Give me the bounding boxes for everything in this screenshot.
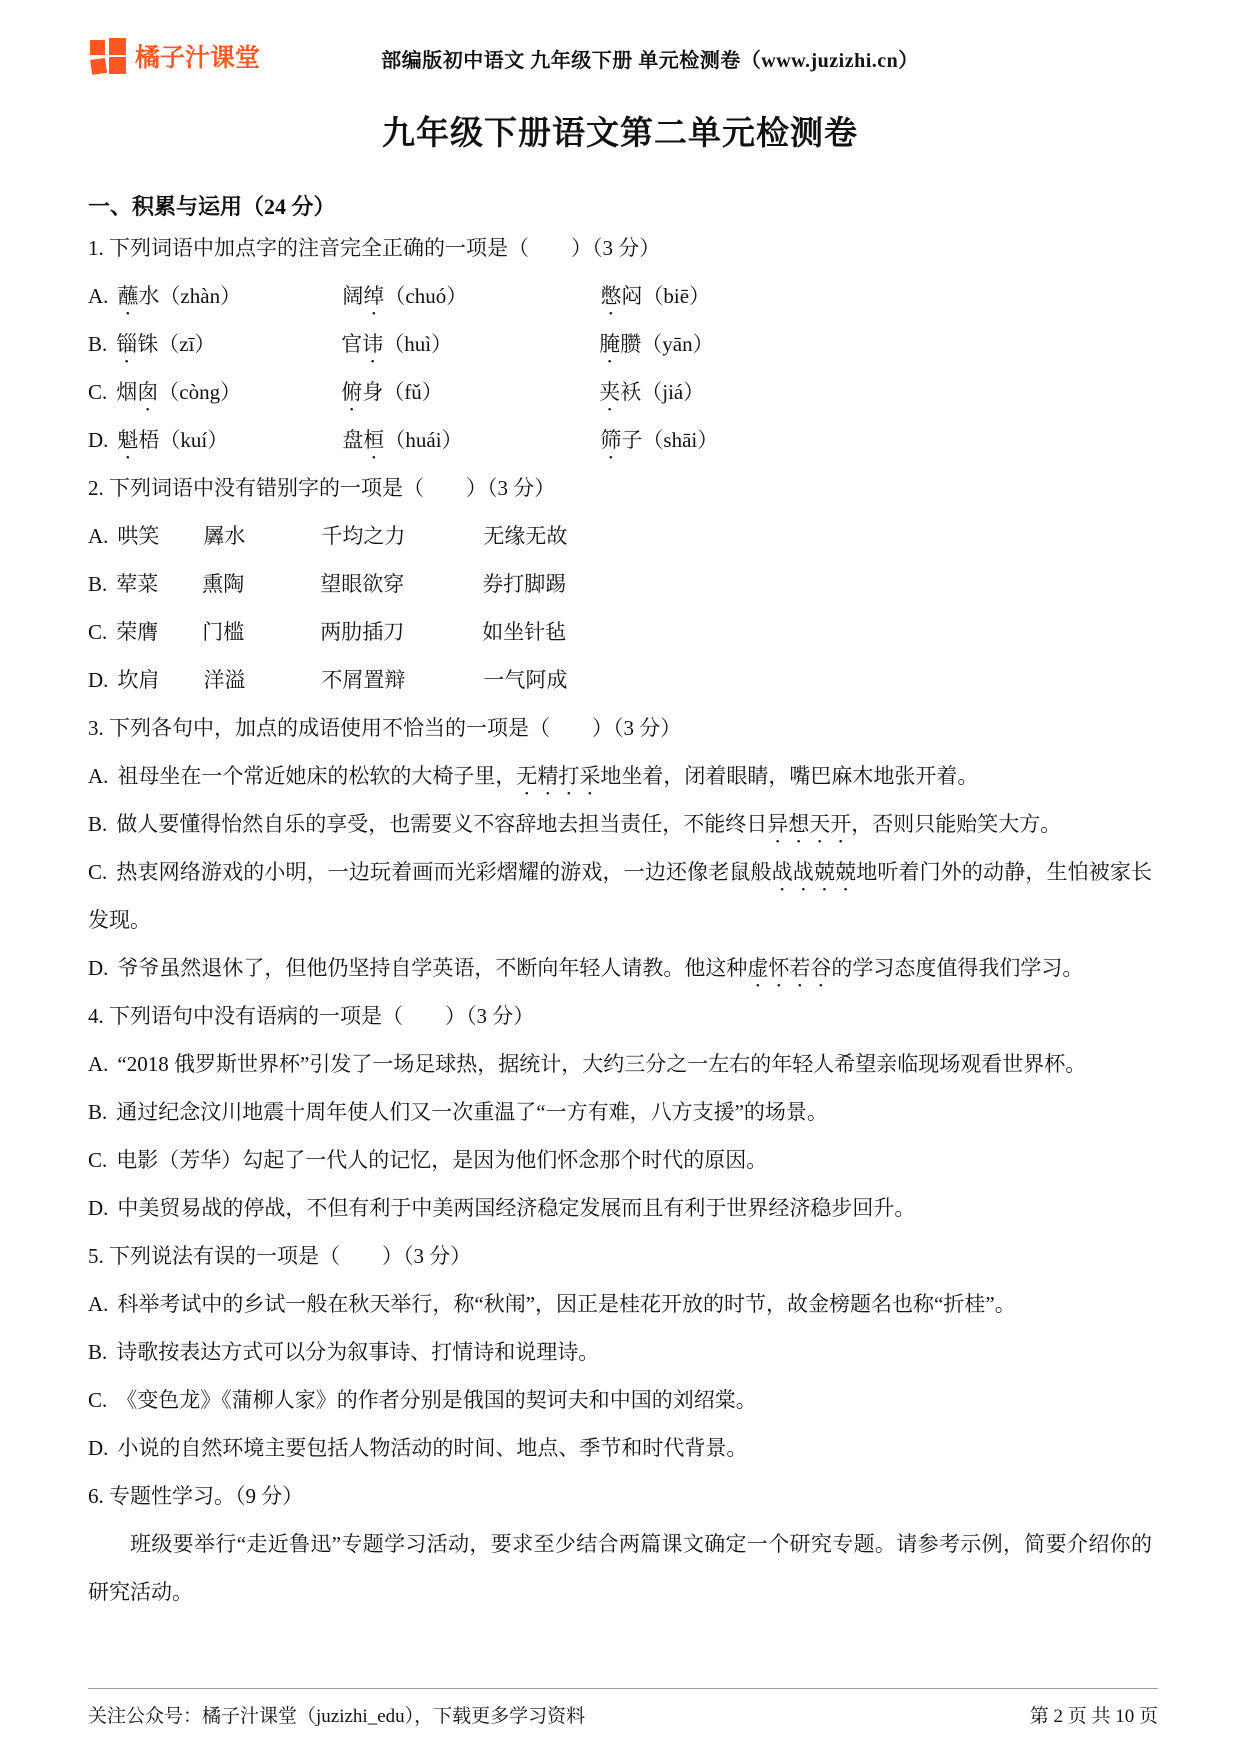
q3-option-d: D.爷爷虽然退休了，但他仍坚持自学英语，不断向年轻人请教。他这种虚怀若谷的学习态… (88, 944, 1152, 992)
q2-term: 洋溢 (203, 656, 321, 704)
q1-term: 魁梧（kuí） (117, 416, 342, 464)
option-text: “2018 俄罗斯世界杯”引发了一场足球热，据统计，大约三分之一左右的年轻人希望… (117, 1052, 1086, 1076)
option-label: B. (88, 1340, 107, 1364)
dotted-char: 桓 (363, 428, 384, 452)
option-text: 通过纪念汶川地震十周年使人们又一次重温了“一方有难，八方支援”的场景。 (116, 1100, 828, 1124)
q5-option-c: C.《变色龙》《蒲柳人家》的作者分别是俄国的契诃夫和中国的刘绍棠。 (88, 1376, 1152, 1424)
q2-term: 荤菜 (116, 560, 202, 608)
option-text: 祖母坐在一个常近她床的松软的大椅子里， (117, 764, 516, 788)
option-text: 电影（芳华）勾起了一代人的记忆，是因为他们怀念那个时代的原因。 (116, 1148, 767, 1172)
q3-stem: 3. 下列各句中，加点的成语使用不恰当的一项是（ ）（3 分） (88, 704, 1152, 752)
q2-term: 两肋插刀 (320, 608, 482, 656)
dotted-char: 讳 (362, 332, 383, 356)
q5-option-d: D.小说的自然环境主要包括人物活动的时间、地点、季节和时代背景。 (88, 1424, 1152, 1472)
q2-term: 熏陶 (202, 560, 320, 608)
page-number: 第 2 页 共 10 页 (1030, 1701, 1158, 1728)
footer-note: 关注公众号：橘子汁课堂（juzizhi_edu），下载更多学习资料 (88, 1701, 585, 1728)
q1-term: 憋闷（biē） (600, 284, 710, 308)
option-text: 小说的自然环境主要包括人物活动的时间、地点、季节和时代背景。 (117, 1436, 747, 1460)
q2-term: 一气阿成 (483, 668, 567, 692)
q4-option-d: D.中美贸易战的停战，不但有利于中美两国经济稳定发展而且有利于世界经济稳步回升。 (88, 1184, 1152, 1232)
q4-stem: 4. 下列语句中没有语病的一项是（ ）（3 分） (88, 992, 1152, 1040)
q1-term: 俯身（fǔ） (341, 368, 599, 416)
q3-option-b: B.做人要懂得怡然自乐的享受，也需要义不容辞地去担当责任，不能终日异想天开，否则… (88, 800, 1152, 848)
option-label: C. (88, 860, 107, 884)
option-label: C. (88, 380, 107, 404)
q1-term: 蘸水（zhàn） (117, 272, 342, 320)
section-heading: 一、积累与运用（24 分） (88, 190, 1152, 224)
q2-option-d: D.坎肩洋溢不屑置辩一气阿成 (88, 656, 1152, 704)
q1-term: 锱铢（zī） (116, 320, 341, 368)
option-label: D. (88, 1436, 108, 1460)
q2-term: 望眼欲穿 (320, 560, 482, 608)
q1-term: 筛子（shāi） (600, 428, 718, 452)
q2-term: 千均之力 (321, 512, 483, 560)
q1-option-b: B.锱铢（zī）官讳（huì）腌臜（yān） (88, 320, 1152, 368)
option-label: B. (88, 332, 107, 356)
q2-term: 不屑置辩 (321, 656, 483, 704)
q1-term: 烟囱（còng） (116, 368, 341, 416)
four-squares-icon (88, 36, 128, 76)
dotted-char: 筛 (600, 428, 621, 452)
q1-term: 阔绰（chuó） (342, 272, 600, 320)
option-label: D. (88, 428, 108, 452)
q1-term: 盘桓（huái） (342, 416, 600, 464)
q2-option-c: C.荣膺门槛两肋插刀如坐针毡 (88, 608, 1152, 656)
q3-option-c: C.热衷网络游戏的小明，一边玩着画而光彩熠耀的游戏，一边还像老鼠般战战兢兢地听着… (88, 848, 1152, 944)
q1-term: 腌臜（yān） (599, 332, 713, 356)
dotted-char: 憋 (600, 284, 621, 308)
option-label: B. (88, 572, 107, 596)
dotted-char: 夹 (599, 380, 620, 404)
dotted-char: 蘸 (117, 284, 138, 308)
exam-body: 九年级下册语文第二单元检测卷 一、积累与运用（24 分） 1. 下列词语中加点字… (88, 96, 1152, 1616)
option-label: A. (88, 524, 108, 548)
option-label: D. (88, 668, 108, 692)
emphasized-idiom: 战战兢兢 (772, 860, 857, 884)
q2-term: 门槛 (202, 608, 320, 656)
q3-option-a: A.祖母坐在一个常近她床的松软的大椅子里，无精打采地坐着，闭着眼睛，嘴巴麻木地张… (88, 752, 1152, 800)
q1-term: 官讳（huì） (341, 320, 599, 368)
option-text: 地坐着，闭着眼睛，嘴巴麻木地张开着。 (600, 764, 978, 788)
option-text: 的学习态度值得我们学习。 (831, 956, 1083, 980)
q2-term: 券打脚踢 (482, 572, 566, 596)
q2-stem: 2. 下列词语中没有错别字的一项是（ ）（3 分） (88, 464, 1152, 512)
q2-term: 荣膺 (116, 608, 202, 656)
option-text: 爷爷虽然退休了，但他仍坚持自学英语，不断向年轻人请教。他这种 (117, 956, 747, 980)
q1-option-c: C.烟囱（còng）俯身（fǔ）夹袄（jiá） (88, 368, 1152, 416)
option-text: 诗歌按表达方式可以分为叙事诗、打情诗和说理诗。 (116, 1340, 599, 1364)
emphasized-idiom: 异想天开 (767, 812, 851, 836)
option-label: A. (88, 1292, 108, 1316)
q1-option-d: D.魁梧（kuí）盘桓（huái）筛子（shāi） (88, 416, 1152, 464)
q6-paragraph: 班级要举行“走近鲁迅”专题学习活动，要求至少结合两篇课文确定一个研究专题。请参考… (88, 1520, 1152, 1616)
dotted-char: 魁 (117, 428, 138, 452)
q4-option-b: B.通过纪念汶川地震十周年使人们又一次重温了“一方有难，八方支援”的场景。 (88, 1088, 1152, 1136)
q5-option-b: B.诗歌按表达方式可以分为叙事诗、打情诗和说理诗。 (88, 1328, 1152, 1376)
option-label: D. (88, 1196, 108, 1220)
q2-term: 羼水 (203, 512, 321, 560)
q1-term: 夹袄（jiá） (599, 380, 704, 404)
option-label: B. (88, 1100, 107, 1124)
option-label: A. (88, 1052, 108, 1076)
dotted-char: 腌 (599, 332, 620, 356)
option-label: D. (88, 956, 108, 980)
option-text: 做人要懂得怡然自乐的享受，也需要义不容辞地去担当责任，不能终日 (116, 812, 767, 836)
header-doc-title: 部编版初中语文 九年级下册 单元检测卷（www.juzizhi.cn） (208, 44, 1092, 73)
page-footer: 关注公众号：橘子汁课堂（juzizhi_edu），下载更多学习资料 第 2 页 … (88, 1688, 1158, 1728)
q5-stem: 5. 下列说法有误的一项是（ ）（3 分） (88, 1232, 1152, 1280)
q4-option-c: C.电影（芳华）勾起了一代人的记忆，是因为他们怀念那个时代的原因。 (88, 1136, 1152, 1184)
option-label: A. (88, 764, 108, 788)
q6-stem: 6. 专题性学习。（9 分） (88, 1472, 1152, 1520)
option-label: C. (88, 1148, 107, 1172)
q5-option-a: A.科举考试中的乡试一般在秋天举行，称“秋闱”，因正是桂花开放的时节，故金榜题名… (88, 1280, 1152, 1328)
option-text: 科举考试中的乡试一般在秋天举行，称“秋闱”，因正是桂花开放的时节，故金榜题名也称… (117, 1292, 1015, 1316)
emphasized-idiom: 虚怀若谷 (747, 956, 831, 980)
option-text: 《变色龙》《蒲柳人家》的作者分别是俄国的契诃夫和中国的刘绍棠。 (116, 1388, 757, 1412)
option-label: C. (88, 620, 107, 644)
option-text: 热衷网络游戏的小明，一边玩着画而光彩熠耀的游戏，一边还像老鼠般 (116, 860, 771, 884)
q2-term: 如坐针毡 (482, 620, 566, 644)
emphasized-idiom: 无精打采 (516, 764, 600, 788)
option-label: A. (88, 284, 108, 308)
dotted-char: 锱 (116, 332, 137, 356)
exam-title: 九年级下册语文第二单元检测卷 (88, 110, 1152, 158)
exam-page: 橘子汁课堂 部编版初中语文 九年级下册 单元检测卷（www.juzizhi.cn… (0, 0, 1240, 1754)
q2-term: 坎肩 (117, 656, 203, 704)
q2-option-a: A.哄笑羼水千均之力无缘无故 (88, 512, 1152, 560)
option-text: 中美贸易战的停战，不但有利于中美两国经济稳定发展而且有利于世界经济稳步回升。 (117, 1196, 915, 1220)
q1-stem: 1. 下列词语中加点字的注音完全正确的一项是（ ）（3 分） (88, 224, 1152, 272)
option-label: B. (88, 812, 107, 836)
dotted-char: 囱 (137, 380, 158, 404)
dotted-char: 俯 (341, 380, 362, 404)
q2-term: 哄笑 (117, 512, 203, 560)
option-label: C. (88, 1388, 107, 1412)
q2-term: 无缘无故 (483, 524, 567, 548)
dotted-char: 绰 (363, 284, 384, 308)
q4-option-a: A.“2018 俄罗斯世界杯”引发了一场足球热，据统计，大约三分之一左右的年轻人… (88, 1040, 1152, 1088)
page-header: 橘子汁课堂 部编版初中语文 九年级下册 单元检测卷（www.juzizhi.cn… (88, 36, 1152, 82)
q1-option-a: A.蘸水（zhàn）阔绰（chuó）憋闷（biē） (88, 272, 1152, 320)
q2-option-b: B.荤菜熏陶望眼欲穿券打脚踢 (88, 560, 1152, 608)
option-text: ，否则只能贻笑大方。 (851, 812, 1061, 836)
